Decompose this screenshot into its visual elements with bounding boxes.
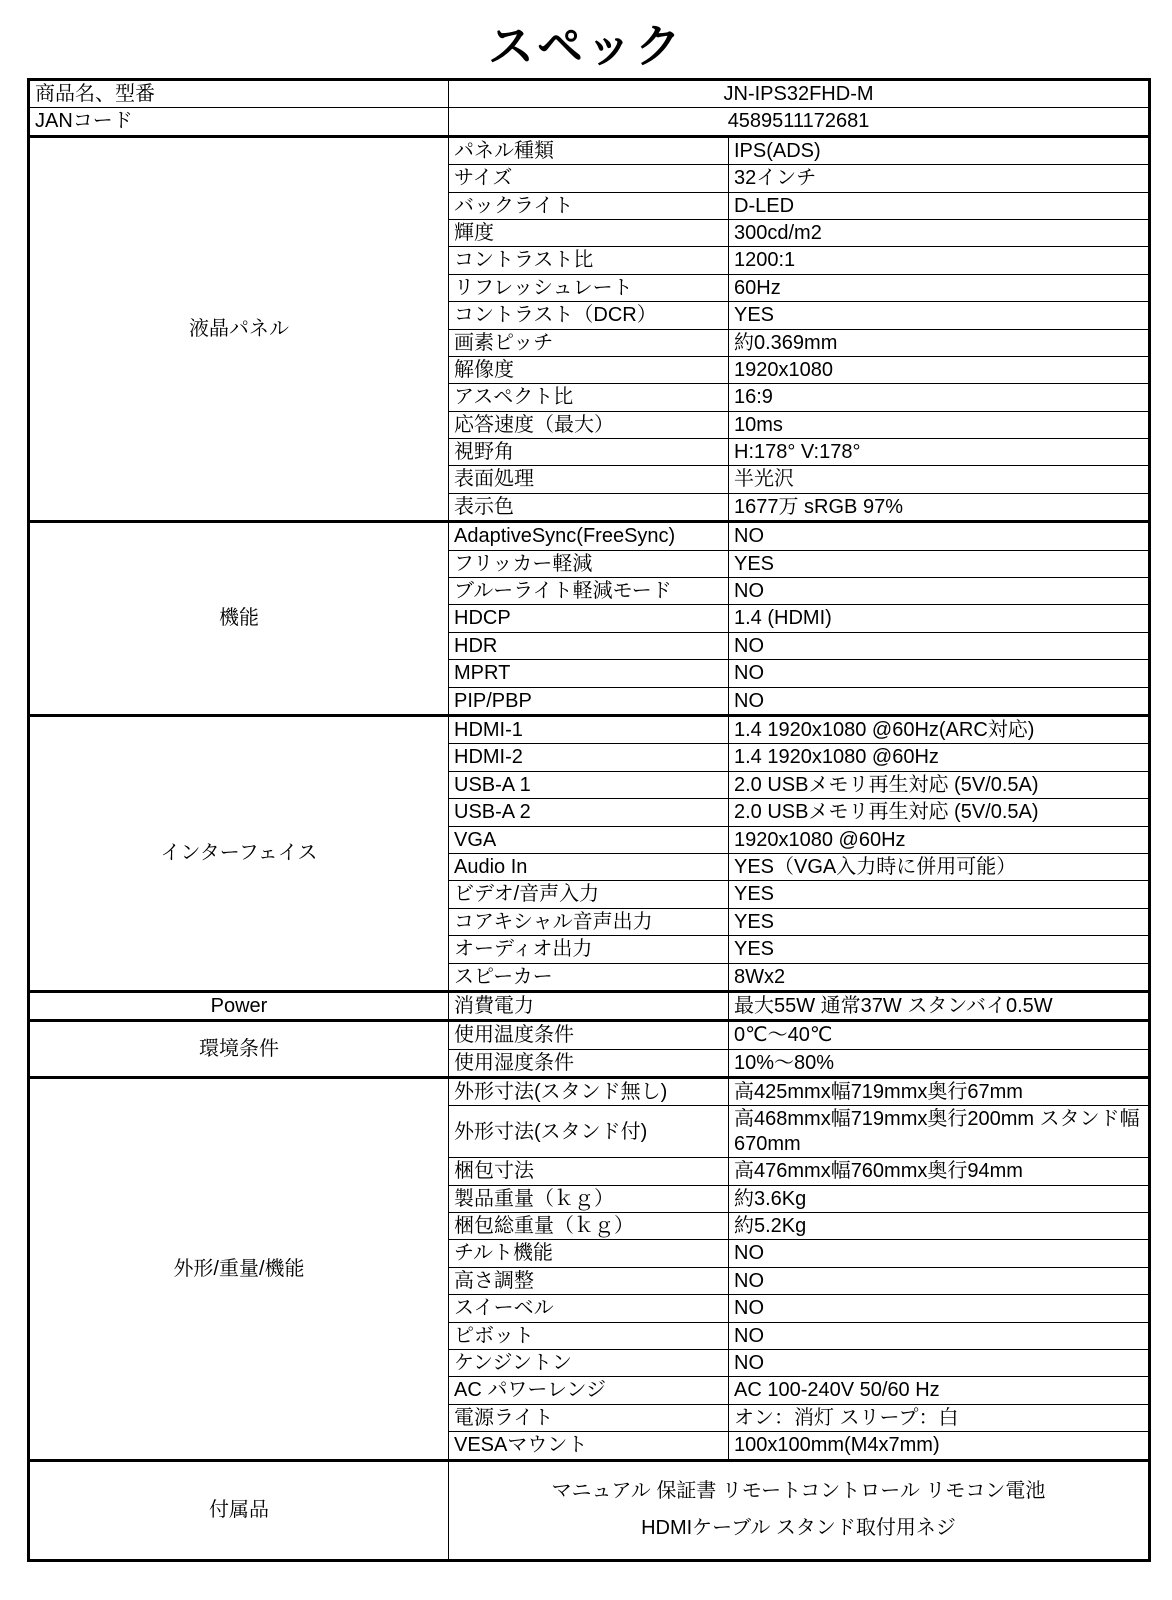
spec-label-cell: HDMI-2 [449, 744, 729, 771]
spec-label-cell: VESAマウント [449, 1432, 729, 1460]
spec-value-cell: 32インチ [729, 165, 1150, 192]
spec-value-cell: 100x100mm(M4x7mm) [729, 1432, 1150, 1460]
accessories-line: HDMIケーブル スタンド取付用ネジ [454, 1510, 1143, 1547]
spec-value-cell: 2.0 USBメモリ再生対応 (5V/0.5A) [729, 799, 1150, 826]
section-label-cell: 液晶パネル [29, 136, 449, 521]
spec-value-cell: 10ms [729, 411, 1150, 438]
spec-value-cell: 1920x1080 [729, 356, 1150, 383]
spec-label-cell: MPRT [449, 660, 729, 687]
spec-value-cell: YES [729, 881, 1150, 908]
section-label-cell: 付属品 [29, 1460, 449, 1560]
spec-label-cell: 応答速度（最大） [449, 411, 729, 438]
section-label-cell: Power [29, 991, 449, 1020]
spec-page: スペック 商品名、型番JN-IPS32FHD-MJANコード4589511172… [0, 0, 1172, 1600]
table-row: インターフェイスHDMI-11.4 1920x1080 @60Hz(ARC対応) [29, 715, 1150, 743]
spec-value-cell: 1920x1080 @60Hz [729, 826, 1150, 853]
spec-value-cell: JN-IPS32FHD-M [449, 80, 1150, 108]
spec-label-cell: HDR [449, 632, 729, 659]
spec-label-cell: スイーベル [449, 1295, 729, 1322]
spec-value-cell: AC 100-240V 50/60 Hz [729, 1377, 1150, 1404]
section-label-cell: 外形/重量/機能 [29, 1078, 449, 1460]
spec-label-cell: 梱包総重量（ｋｇ） [449, 1213, 729, 1240]
spec-label-cell: 視野角 [449, 439, 729, 466]
section-label-cell: 環境条件 [29, 1021, 449, 1078]
table-row: 付属品マニュアル 保証書 リモートコントロール リモコン電池HDMIケーブル ス… [29, 1460, 1150, 1560]
spec-value-cell: YES [729, 550, 1150, 577]
spec-label-cell: パネル種類 [449, 136, 729, 164]
spec-value-cell: 高476mmx幅760mmx奥行94mm [729, 1158, 1150, 1185]
spec-value-cell: NO [729, 1322, 1150, 1349]
spec-value-cell: 約3.6Kg [729, 1185, 1150, 1212]
section-label-cell: インターフェイス [29, 715, 449, 991]
spec-label-cell: 消費電力 [449, 991, 729, 1020]
spec-label-cell: チルト機能 [449, 1240, 729, 1267]
spec-value-cell: NO [729, 687, 1150, 715]
spec-label-cell: 使用湿度条件 [449, 1049, 729, 1077]
spec-label-cell: VGA [449, 826, 729, 853]
spec-label-cell: PIP/PBP [449, 687, 729, 715]
spec-value-cell: 約0.369mm [729, 329, 1150, 356]
spec-label-cell: 表面処理 [449, 466, 729, 493]
spec-label-cell: ケンジントン [449, 1349, 729, 1376]
table-row: 液晶パネルパネル種類IPS(ADS) [29, 136, 1150, 164]
spec-label-cell: USB-A 1 [449, 771, 729, 798]
spec-value-cell: 0℃～40℃ [729, 1021, 1150, 1049]
spec-value-cell: 1.4 (HDMI) [729, 605, 1150, 632]
spec-label-cell: AdaptiveSync(FreeSync) [449, 522, 729, 550]
spec-value-cell: IPS(ADS) [729, 136, 1150, 164]
spec-label-cell: 高さ調整 [449, 1267, 729, 1294]
spec-label-cell: 解像度 [449, 356, 729, 383]
spec-label-cell: 外形寸法(スタンド付) [449, 1106, 729, 1158]
spec-label-cell: フリッカー軽減 [449, 550, 729, 577]
spec-value-cell: NO [729, 632, 1150, 659]
spec-value-cell: 約5.2Kg [729, 1213, 1150, 1240]
spec-value-cell: YES [729, 936, 1150, 963]
spec-label-cell: HDMI-1 [449, 715, 729, 743]
spec-label-cell: コアキシャル音声出力 [449, 908, 729, 935]
spec-value-cell: H:178° V:178° [729, 439, 1150, 466]
spec-value-cell: NO [729, 1267, 1150, 1294]
spec-label-cell: ピボット [449, 1322, 729, 1349]
spec-value-cell: YES（VGA入力時に併用可能） [729, 853, 1150, 880]
spec-value-cell: NO [729, 578, 1150, 605]
spec-label-cell: コントラスト（DCR） [449, 302, 729, 329]
table-row: 外形/重量/機能外形寸法(スタンド無し)高425mmx幅719mmx奥行67mm [29, 1078, 1150, 1106]
spec-label-cell: 製品重量（ｋｇ） [449, 1185, 729, 1212]
spec-label-cell: AC パワーレンジ [449, 1377, 729, 1404]
spec-label-cell: スピーカー [449, 963, 729, 991]
spec-value-cell: YES [729, 302, 1150, 329]
spec-value-cell: NO [729, 1240, 1150, 1267]
spec-label-cell: アスペクト比 [449, 384, 729, 411]
spec-value-cell: YES [729, 908, 1150, 935]
table-row: Power消費電力最大55W 通常37W スタンバイ0.5W [29, 991, 1150, 1020]
spec-label-cell: 画素ピッチ [449, 329, 729, 356]
spec-label-cell: USB-A 2 [449, 799, 729, 826]
spec-label-cell: 外形寸法(スタンド無し) [449, 1078, 729, 1106]
spec-table-body: 商品名、型番JN-IPS32FHD-MJANコード4589511172681液晶… [29, 80, 1150, 1561]
spec-label-cell: JANコード [29, 108, 449, 136]
spec-value-cell: 半光沢 [729, 466, 1150, 493]
spec-value-cell: 60Hz [729, 274, 1150, 301]
spec-label-cell: ブルーライト軽減モード [449, 578, 729, 605]
spec-value-cell: 2.0 USBメモリ再生対応 (5V/0.5A) [729, 771, 1150, 798]
spec-label-cell: バックライト [449, 192, 729, 219]
spec-label-cell: 梱包寸法 [449, 1158, 729, 1185]
table-row: 機能AdaptiveSync(FreeSync)NO [29, 522, 1150, 550]
spec-value-cell: 16:9 [729, 384, 1150, 411]
spec-value-cell: NO [729, 1295, 1150, 1322]
spec-label-cell: 使用温度条件 [449, 1021, 729, 1049]
spec-value-cell: 最大55W 通常37W スタンバイ0.5W [729, 991, 1150, 1020]
spec-label-cell: 電源ライト [449, 1404, 729, 1431]
spec-label-cell: Audio In [449, 853, 729, 880]
accessories-line: マニュアル 保証書 リモートコントロール リモコン電池 [454, 1473, 1143, 1510]
spec-label-cell: サイズ [449, 165, 729, 192]
table-row: 商品名、型番JN-IPS32FHD-M [29, 80, 1150, 108]
spec-value-cell: D-LED [729, 192, 1150, 219]
spec-label-cell: 商品名、型番 [29, 80, 449, 108]
spec-label-cell: 輝度 [449, 219, 729, 246]
table-row: JANコード4589511172681 [29, 108, 1150, 136]
spec-table: 商品名、型番JN-IPS32FHD-MJANコード4589511172681液晶… [27, 78, 1151, 1562]
table-row: 環境条件使用温度条件0℃～40℃ [29, 1021, 1150, 1049]
spec-value-cell: 300cd/m2 [729, 219, 1150, 246]
spec-value-cell: 8Wx2 [729, 963, 1150, 991]
accessories-value-cell: マニュアル 保証書 リモートコントロール リモコン電池HDMIケーブル スタンド… [449, 1460, 1150, 1560]
spec-label-cell: オーディオ出力 [449, 936, 729, 963]
spec-value-cell: オン：消灯 スリープ：白 [729, 1404, 1150, 1431]
page-title: スペック [0, 0, 1172, 78]
spec-value-cell: NO [729, 660, 1150, 687]
section-label-cell: 機能 [29, 522, 449, 716]
spec-value-cell: NO [729, 1349, 1150, 1376]
spec-value-cell: 4589511172681 [449, 108, 1150, 136]
spec-value-cell: 高468mmx幅719mmx奥行200mm スタンド幅670mm [729, 1106, 1150, 1158]
spec-value-cell: 10%～80% [729, 1049, 1150, 1077]
spec-label-cell: リフレッシュレート [449, 274, 729, 301]
spec-label-cell: コントラスト比 [449, 247, 729, 274]
spec-value-cell: 1.4 1920x1080 @60Hz [729, 744, 1150, 771]
spec-value-cell: 1200:1 [729, 247, 1150, 274]
spec-value-cell: 1677万 sRGB 97% [729, 493, 1150, 521]
spec-label-cell: ビデオ/音声入力 [449, 881, 729, 908]
spec-label-cell: 表示色 [449, 493, 729, 521]
spec-label-cell: HDCP [449, 605, 729, 632]
spec-value-cell: 高425mmx幅719mmx奥行67mm [729, 1078, 1150, 1106]
spec-value-cell: NO [729, 522, 1150, 550]
spec-value-cell: 1.4 1920x1080 @60Hz(ARC対応) [729, 715, 1150, 743]
